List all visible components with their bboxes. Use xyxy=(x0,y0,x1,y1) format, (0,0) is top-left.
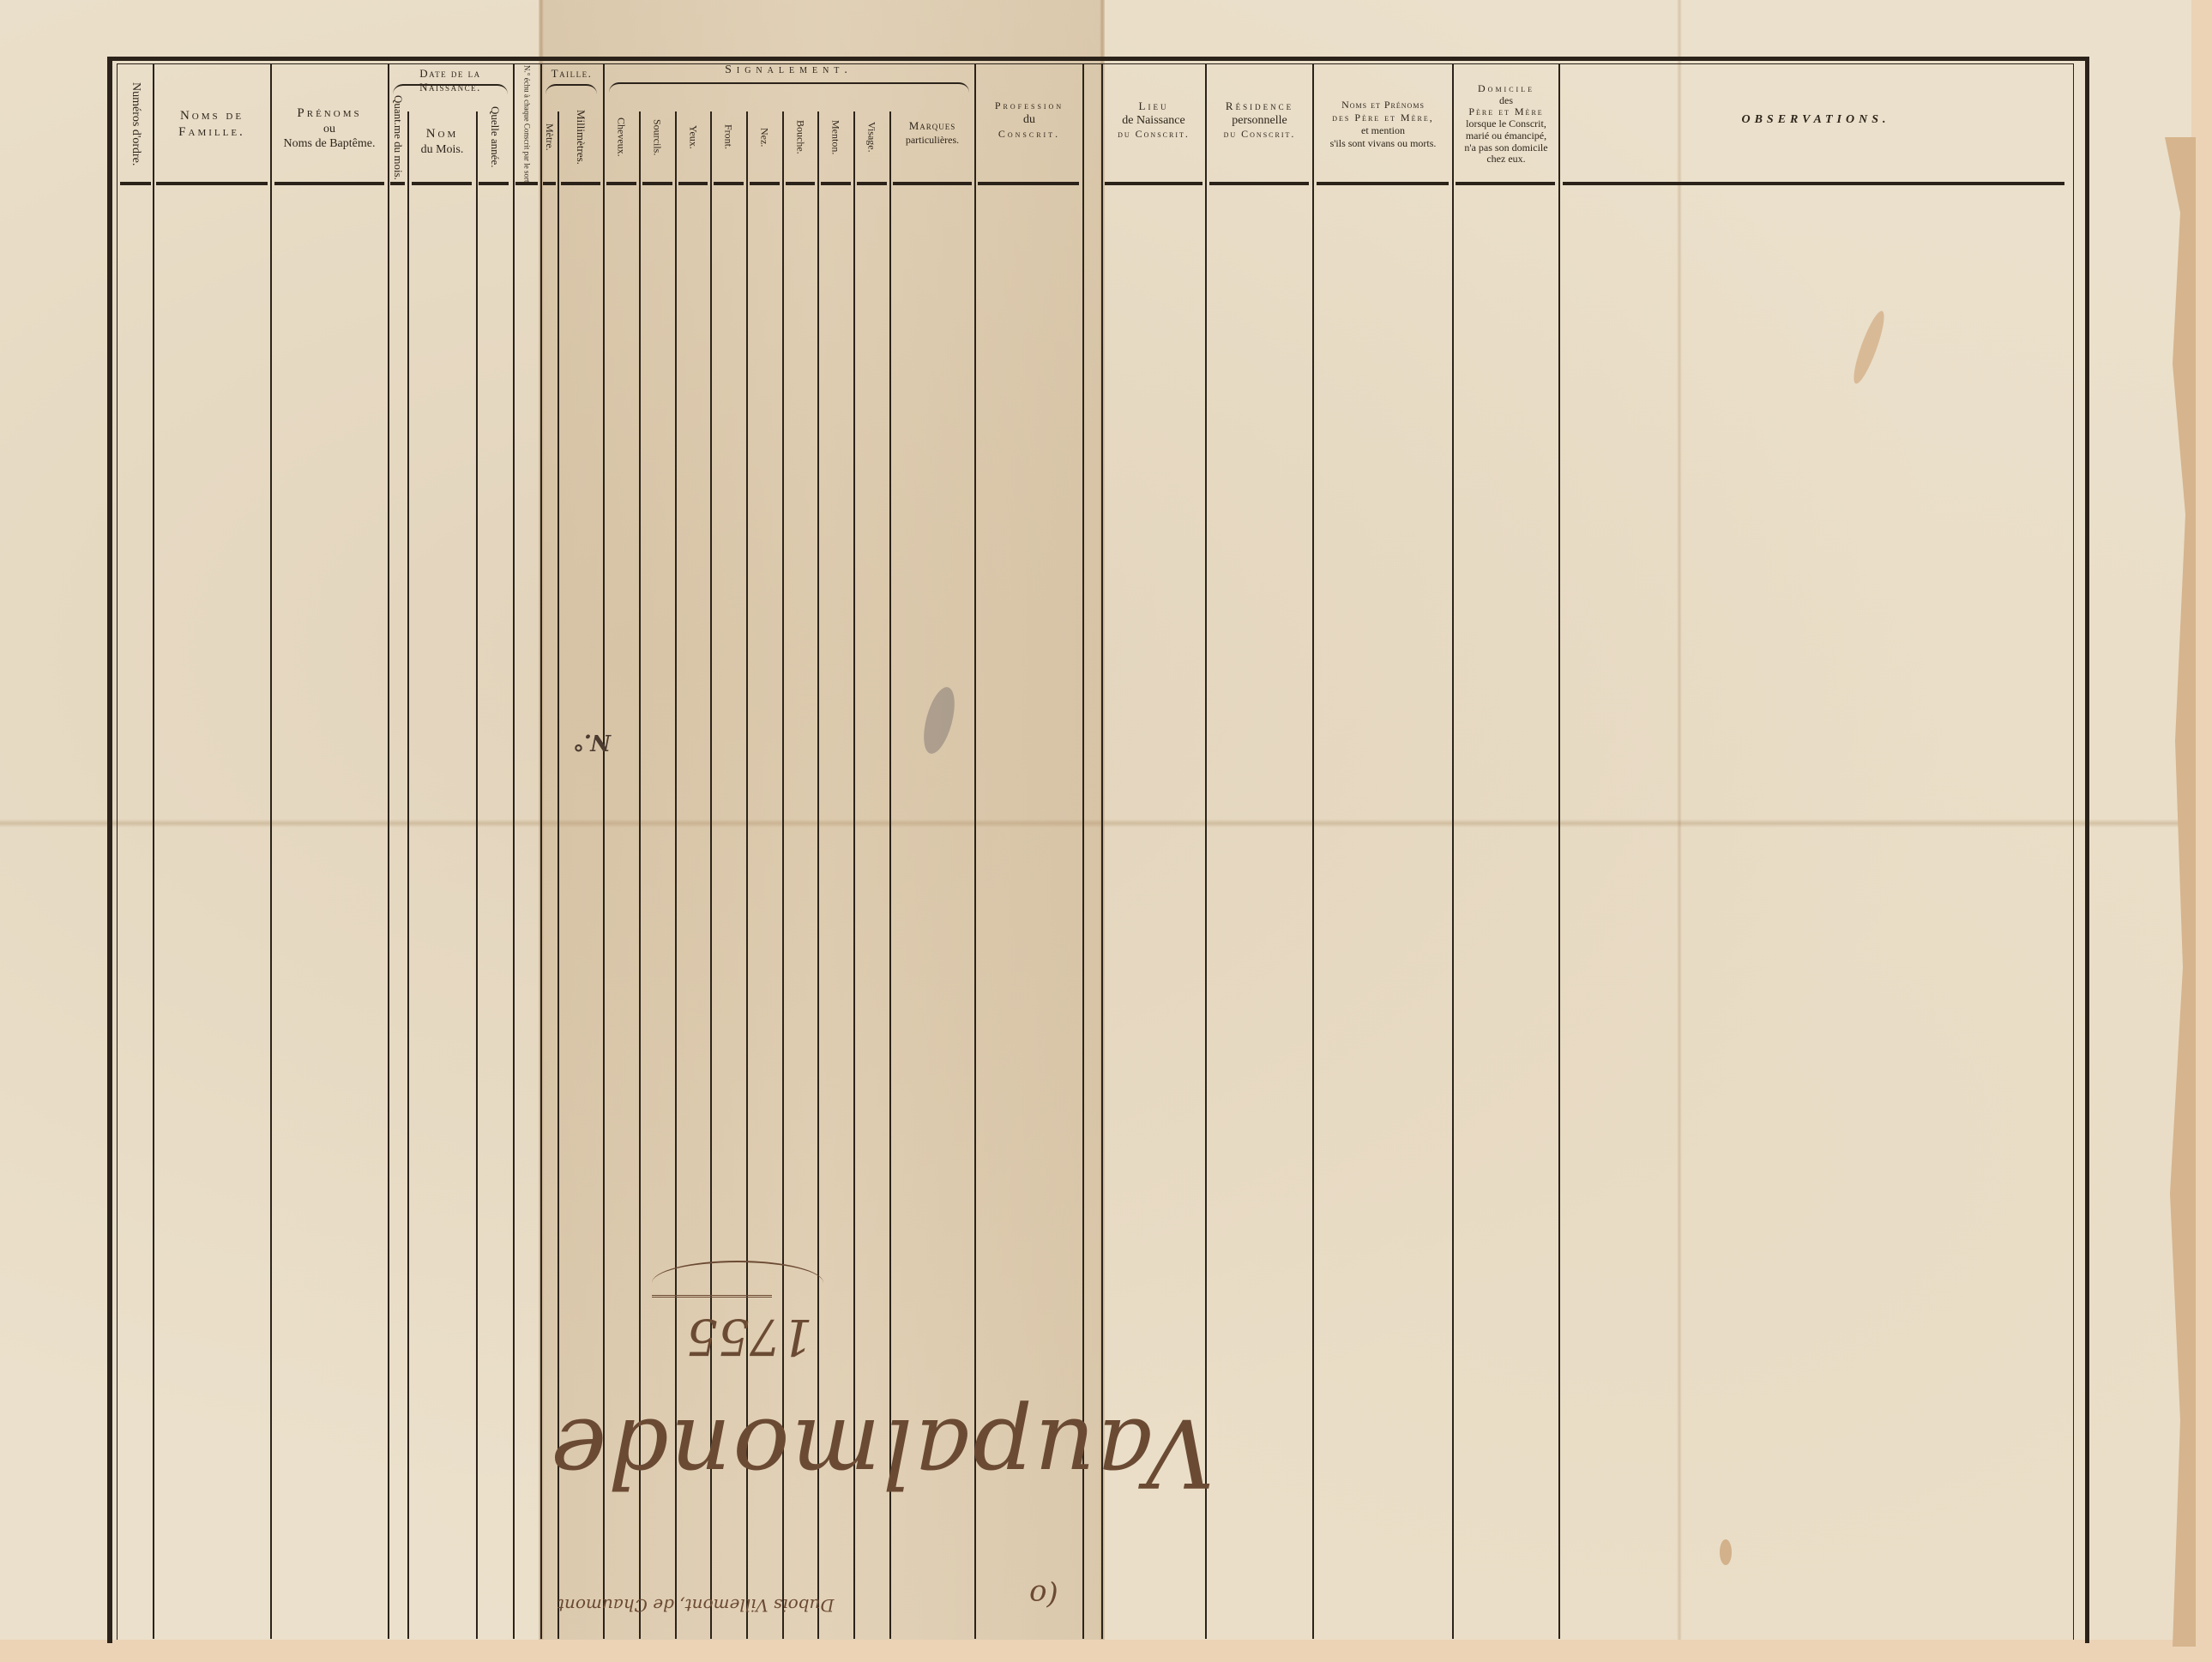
header-quelle-annee: Quelle année. xyxy=(478,94,512,180)
header-parents-line1: Noms et Prénoms xyxy=(1341,99,1425,111)
header-lieu-line3: du Conscrit. xyxy=(1118,128,1190,141)
column-divider xyxy=(1452,63,1454,1639)
header-rule xyxy=(120,182,151,185)
header-rule xyxy=(412,182,472,185)
header-menton: Menton. xyxy=(818,94,853,180)
header-domicile-line5: marié ou émancipé, xyxy=(1466,130,1546,142)
header-cheveux: Cheveux. xyxy=(604,94,638,180)
header-residence-line2: personnelle xyxy=(1232,113,1287,129)
header-nom-mois-line1: Nom xyxy=(426,126,459,142)
header-residence: Résidence personnelle du Conscrit. xyxy=(1207,86,1312,154)
header-millimetres: Millimètres. xyxy=(559,94,602,180)
header-marques: Marques particulières. xyxy=(890,103,974,163)
header-observations: OBSERVATIONS. xyxy=(1560,103,2071,137)
header-domicile-line1: Domicile xyxy=(1478,83,1534,95)
header-prenoms: Prénoms ou Noms de Baptême. xyxy=(272,86,387,172)
header-rule xyxy=(1317,182,1449,185)
header-marques-line1: Marques xyxy=(909,119,956,133)
header-rule xyxy=(1105,182,1202,185)
header-numeros-ordre: Numéros d'ordre. xyxy=(120,69,151,180)
header-rule xyxy=(857,182,887,185)
handwritten-footer-note: Dubois Villemont, de Chaumont xyxy=(558,1595,834,1616)
handwritten-corner-mark: (o xyxy=(1029,1578,1058,1612)
header-profession-line3: Conscrit. xyxy=(998,128,1060,141)
header-nom-mois: Nom du Mois. xyxy=(409,111,475,172)
header-profession-line2: du xyxy=(1023,112,1035,128)
header-domicile: Domicile des Père et Mère lorsque le Con… xyxy=(1454,69,1558,180)
header-lieu-line2: de Naissance xyxy=(1122,113,1184,129)
column-divider xyxy=(1558,63,1560,1639)
header-prenoms-line3: Noms de Baptême. xyxy=(284,136,376,152)
header-parents: Noms et Prénoms des Père et Mère, et men… xyxy=(1314,81,1452,167)
header-rule xyxy=(642,182,672,185)
header-profession-line1: Profession xyxy=(995,99,1064,112)
header-rule xyxy=(479,182,509,185)
column-divider xyxy=(476,111,478,1639)
header-nez: Nez. xyxy=(747,94,781,180)
header-rule xyxy=(561,182,600,185)
header-domicile-line4: lorsque le Conscrit, xyxy=(1466,118,1546,130)
column-divider xyxy=(1312,63,1314,1639)
header-rule xyxy=(1563,182,2064,185)
torn-paper-edge xyxy=(2144,137,2196,1647)
header-quantieme: Quant.me du mois. xyxy=(389,94,407,180)
header-metre: Mètre. xyxy=(541,94,558,180)
header-parents-line3: et mention xyxy=(1361,124,1405,137)
header-rule xyxy=(543,182,556,185)
header-brace xyxy=(545,84,597,94)
header-residence-line3: du Conscrit. xyxy=(1224,128,1296,141)
header-rule xyxy=(1209,182,1309,185)
column-divider xyxy=(513,63,515,1639)
column-divider xyxy=(407,111,409,1639)
header-domicile-line3: Père et Mère xyxy=(1468,106,1543,118)
header-rule xyxy=(1456,182,1555,185)
header-prenoms-line2: ou xyxy=(323,122,335,137)
header-bouche: Bouche. xyxy=(783,94,817,180)
header-rule xyxy=(978,182,1079,185)
header-lieu-naissance: Lieu de Naissance du Conscrit. xyxy=(1103,86,1204,154)
header-parents-line4: s'ils sont vivans ou morts. xyxy=(1330,137,1437,150)
header-rule xyxy=(714,182,744,185)
header-lieu-line1: Lieu xyxy=(1139,99,1169,113)
header-noms-famille: Noms de Famille. xyxy=(154,69,269,180)
header-marques-line2: particulières. xyxy=(906,134,959,147)
header-visage: Visage. xyxy=(854,94,889,180)
header-front: Front. xyxy=(711,94,745,180)
header-rule xyxy=(274,182,384,185)
column-divider xyxy=(153,63,154,1639)
header-signalement: Signalement. xyxy=(603,63,974,77)
handwritten-year: 1755 xyxy=(686,1308,813,1366)
handwritten-flourish xyxy=(652,1261,823,1305)
header-prenoms-line1: Prénoms xyxy=(297,105,361,122)
header-domicile-line2: des xyxy=(1499,95,1513,107)
header-domicile-line7: chez eux. xyxy=(1486,154,1525,166)
header-nom-mois-line2: du Mois. xyxy=(421,142,464,158)
header-numero-echu: N.° échu à chaque Conscrit par le sort. xyxy=(515,69,539,180)
header-brace xyxy=(393,84,508,94)
header-rule xyxy=(606,182,636,185)
document-sheet: Numéros d'ordre. Noms de Famille. Prénom… xyxy=(0,0,2191,1640)
header-taille: Taille. xyxy=(540,67,603,81)
handwritten-number-mark: N.° xyxy=(573,729,611,755)
header-rule xyxy=(390,182,405,185)
column-divider xyxy=(388,63,389,1639)
header-rule xyxy=(156,182,268,185)
header-yeux: Yeux. xyxy=(676,94,710,180)
header-rule xyxy=(786,182,815,185)
handwritten-place-name: Vaupalmonde xyxy=(549,1398,1214,1508)
header-rule xyxy=(893,182,972,185)
header-sourcils: Sourcils. xyxy=(640,94,674,180)
column-divider xyxy=(540,63,542,1639)
header-parents-line2: des Père et Mère, xyxy=(1332,111,1433,124)
header-rule xyxy=(678,182,708,185)
header-rule xyxy=(821,182,851,185)
header-rule xyxy=(750,182,780,185)
header-residence-line1: Résidence xyxy=(1226,99,1293,113)
header-profession: Profession du Conscrit. xyxy=(976,86,1082,154)
column-divider xyxy=(270,63,272,1639)
header-brace xyxy=(609,82,969,93)
header-domicile-line6: n'a pas son domicile xyxy=(1464,142,1547,154)
